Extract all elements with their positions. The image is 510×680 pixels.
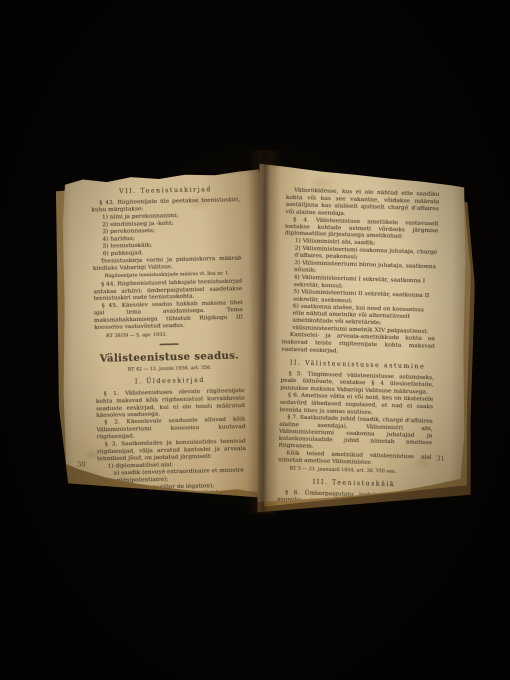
book-spine-shadow — [247, 150, 282, 514]
left-page: VII. Teenistuskirjad § 43. Riigiteenijat… — [59, 161, 261, 502]
section-heading: I. Üldeeskirjad — [95, 376, 244, 387]
open-book: VII. Teenistuskirjad § 43. Riigiteenijat… — [50, 150, 464, 514]
section-divider — [160, 343, 179, 345]
section-heading: VII. Teenistuskirjad — [91, 185, 240, 196]
paragraph: § 1. Välisteenistuses olevate riigiteeni… — [96, 387, 246, 419]
rt-reference: RT 38/39 — 5. apr. 1933. — [106, 329, 243, 338]
page-number-left: 30 — [77, 461, 86, 469]
right-page: Välisriikidesse, kus ei ole nähtud ette … — [256, 155, 467, 505]
list-subitem: d) atašee (attaché de légation); — [114, 495, 247, 505]
paragraph: § 45. Käesolev seadus hakkab maksma ühel… — [94, 299, 244, 331]
section-heading: II. Välisteenistusse astumine — [281, 358, 434, 370]
paragraph: Välisriikidesse, kus ei ole nähtud ette … — [285, 186, 439, 219]
list-item: 6) saatkonna atašee, kui need on koossei… — [292, 302, 436, 335]
photo-background: VII. Teenistuskirjad § 43. Riigiteenijat… — [0, 0, 510, 680]
page-number-right: 31 — [436, 455, 445, 463]
section-heading: III. Teenistuskäik — [277, 477, 430, 489]
paragraph: § 7. Saatkondade juhid (saadik, chargé d… — [278, 413, 432, 454]
list-item: 2) konsulaaralal: — [109, 503, 248, 513]
paragraph: Kantselei- ja arveala-ametnikkude kohta … — [281, 331, 435, 357]
